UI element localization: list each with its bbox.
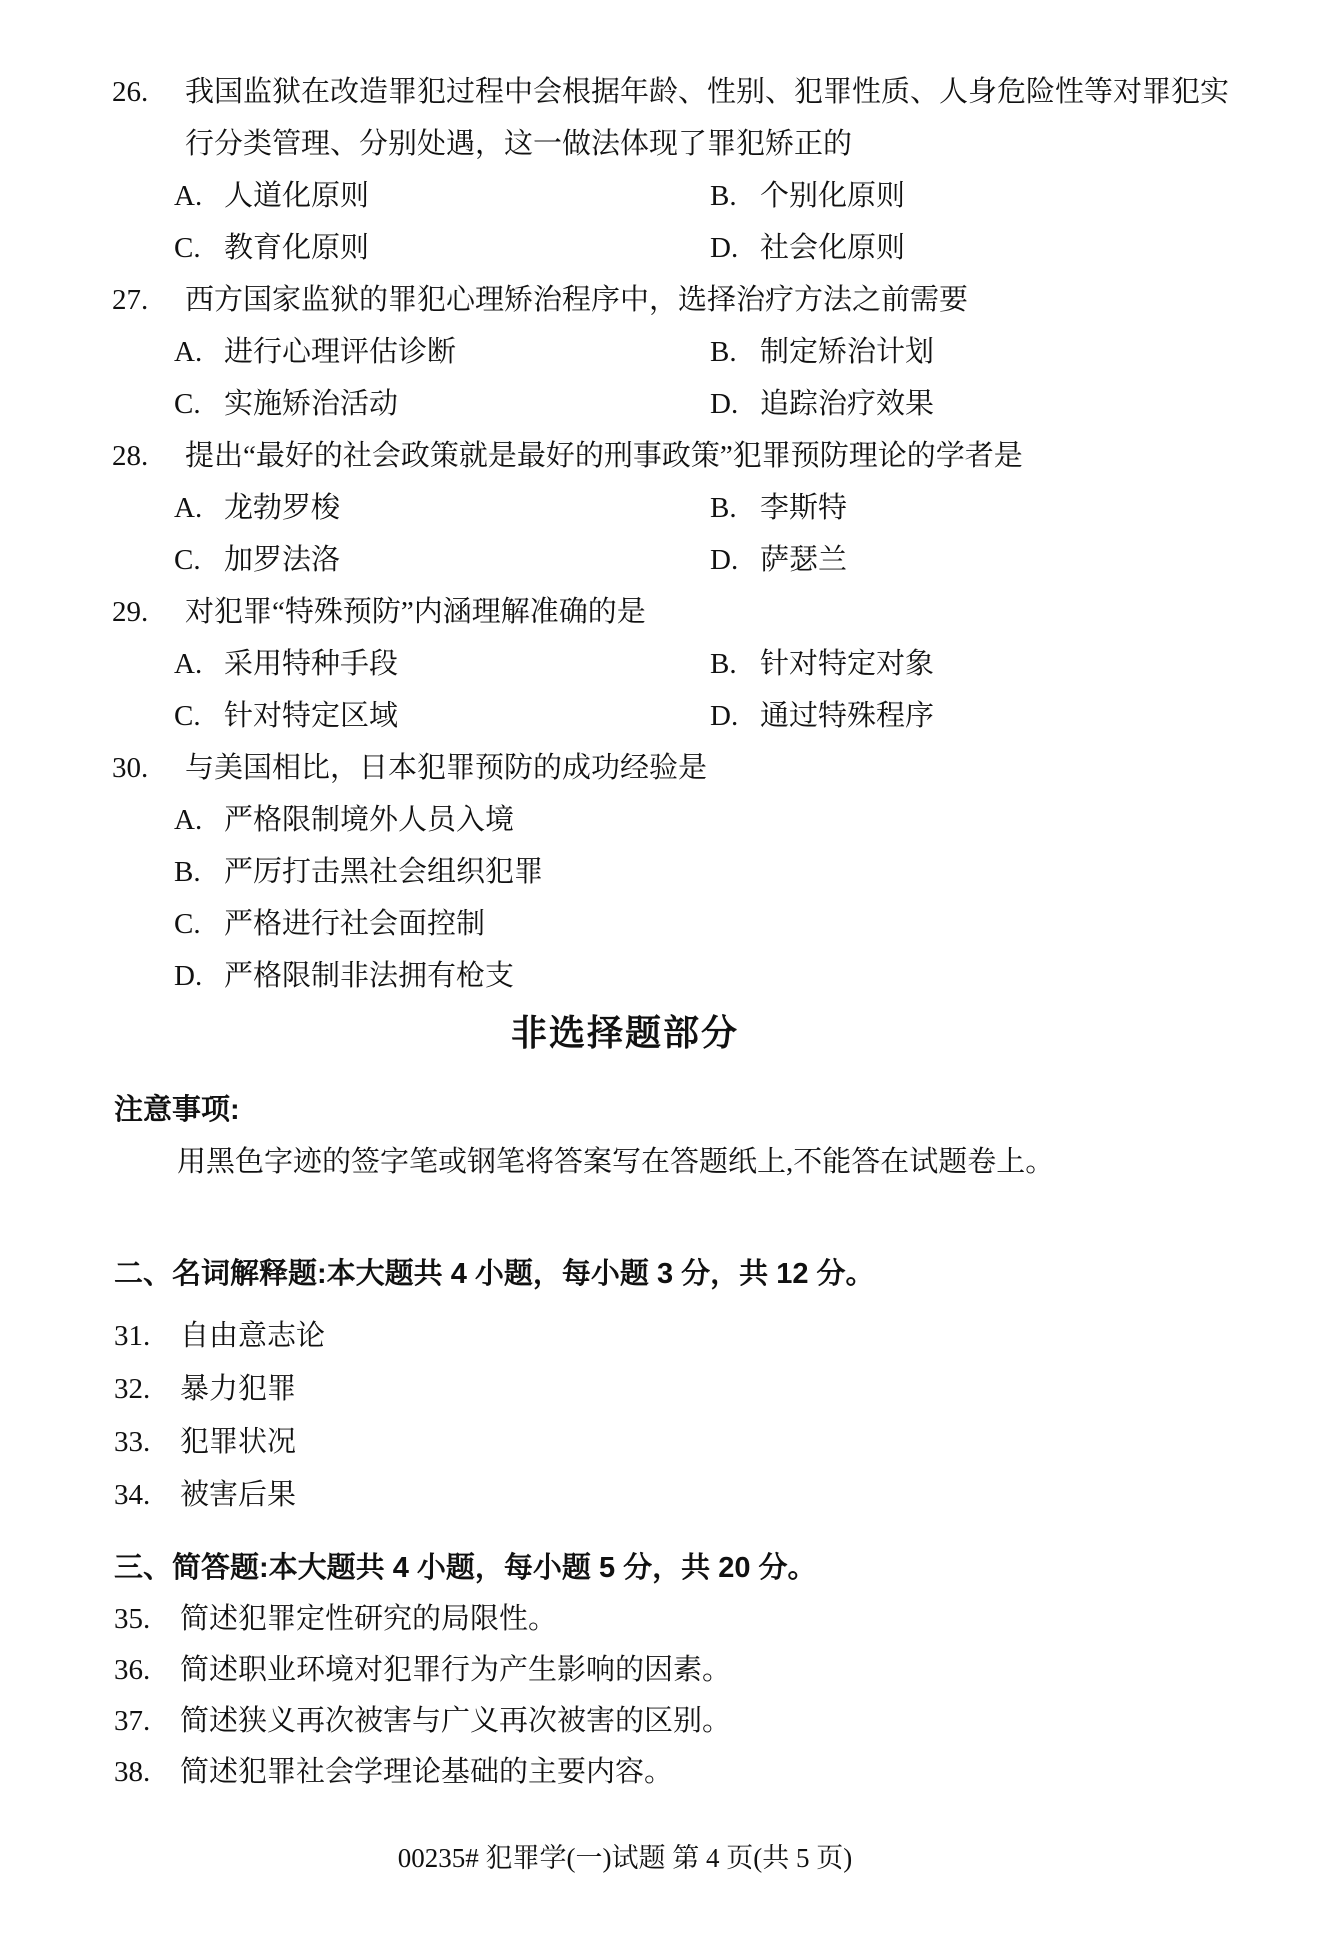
question-27-options-cd: C. 实施矫治活动 D. 追踪治疗效果 [0, 378, 1250, 430]
option-b: B. 严厉打击黑社会组织犯罪 [174, 846, 1250, 898]
question-number: 29. [112, 586, 185, 638]
option-d: D. 严格限制非法拥有枪支 [174, 950, 1250, 1002]
item-number: 38. [114, 1747, 180, 1798]
item-text: 被害后果 [180, 1469, 1250, 1522]
option-text: 个别化原则 [760, 170, 1250, 222]
item-37: 37. 简述狭义再次被害与广义再次被害的区别。 [0, 1696, 1250, 1747]
option-text: 严格限制非法拥有枪支 [224, 950, 1250, 1002]
option-text: 萨瑟兰 [760, 534, 1250, 586]
option-d: D. 社会化原则 [710, 222, 1250, 274]
item-number: 34. [114, 1469, 180, 1522]
option-text: 教育化原则 [224, 222, 710, 274]
question-30-text-row: 30. 与美国相比，日本犯罪预防的成功经验是 [0, 742, 1250, 794]
option-text: 实施矫治活动 [224, 378, 710, 430]
section-two-items: 31. 自由意志论 32. 暴力犯罪 33. 犯罪状况 34. 被害后果 [0, 1310, 1250, 1522]
question-number: 30. [112, 742, 185, 794]
option-label: B. [710, 638, 760, 690]
question-30: 30. 与美国相比，日本犯罪预防的成功经验是 A. 严格限制境外人员入境 B. … [0, 742, 1250, 1002]
option-c: C. 加罗法洛 [174, 534, 710, 586]
question-number: 26. [112, 66, 185, 118]
option-text: 严格进行社会面控制 [224, 898, 1250, 950]
page-footer: 00235# 犯罪学(一)试题 第 4 页(共 5 页) [0, 1838, 1250, 1878]
option-text: 龙勃罗梭 [224, 482, 710, 534]
option-text: 人道化原则 [224, 170, 710, 222]
question-text: 西方国家监狱的罪犯心理矫治程序中，选择治疗方法之前需要 [185, 274, 1250, 326]
option-c: C. 针对特定区域 [174, 690, 710, 742]
option-text: 针对特定对象 [760, 638, 1250, 690]
option-text: 加罗法洛 [224, 534, 710, 586]
option-label: D. [710, 378, 760, 430]
option-text: 严格限制境外人员入境 [224, 794, 1250, 846]
option-label: A. [174, 794, 224, 846]
option-label: C. [174, 222, 224, 274]
question-text: 提出“最好的社会政策就是最好的刑事政策”犯罪预防理论的学者是 [185, 430, 1250, 482]
option-a: A. 进行心理评估诊断 [174, 326, 710, 378]
question-26: 26. 我国监狱在改造罪犯过程中会根据年龄、性别、犯罪性质、人身危险性等对罪犯实… [0, 66, 1250, 274]
option-label: A. [174, 638, 224, 690]
question-29-text-row: 29. 对犯罪“特殊预防”内涵理解准确的是 [0, 586, 1250, 638]
question-30-option-b-row: B. 严厉打击黑社会组织犯罪 [0, 846, 1250, 898]
item-text: 简述犯罪定性研究的局限性。 [180, 1594, 1250, 1645]
item-text: 简述犯罪社会学理论基础的主要内容。 [180, 1747, 1250, 1798]
option-text: 严厉打击黑社会组织犯罪 [224, 846, 1250, 898]
option-d: D. 通过特殊程序 [710, 690, 1250, 742]
option-label: C. [174, 378, 224, 430]
option-label: B. [710, 482, 760, 534]
question-27-text-row: 27. 西方国家监狱的罪犯心理矫治程序中，选择治疗方法之前需要 [0, 274, 1250, 326]
question-29: 29. 对犯罪“特殊预防”内涵理解准确的是 A. 采用特种手段 B. 针对特定对… [0, 586, 1250, 742]
item-number: 35. [114, 1594, 180, 1645]
question-30-option-a-row: A. 严格限制境外人员入境 [0, 794, 1250, 846]
item-text: 简述职业环境对犯罪行为产生影响的因素。 [180, 1645, 1250, 1696]
question-28-text-row: 28. 提出“最好的社会政策就是最好的刑事政策”犯罪预防理论的学者是 [0, 430, 1250, 482]
question-27-options-ab: A. 进行心理评估诊断 B. 制定矫治计划 [0, 326, 1250, 378]
option-a: A. 采用特种手段 [174, 638, 710, 690]
section-two-heading: 二、名词解释题:本大题共 4 小题，每小题 3 分，共 12 分。 [0, 1248, 1250, 1300]
option-label: D. [174, 950, 224, 1002]
option-text: 李斯特 [760, 482, 1250, 534]
option-label: C. [174, 534, 224, 586]
option-label: A. [174, 326, 224, 378]
item-36: 36. 简述职业环境对犯罪行为产生影响的因素。 [0, 1645, 1250, 1696]
option-b: B. 针对特定对象 [710, 638, 1250, 690]
item-text: 犯罪状况 [180, 1416, 1250, 1469]
option-label: A. [174, 482, 224, 534]
option-d: D. 追踪治疗效果 [710, 378, 1250, 430]
option-label: A. [174, 170, 224, 222]
item-number: 31. [114, 1310, 180, 1363]
item-31: 31. 自由意志论 [0, 1310, 1250, 1363]
option-a: A. 严格限制境外人员入境 [174, 794, 1250, 846]
question-26-options-cd: C. 教育化原则 D. 社会化原则 [0, 222, 1250, 274]
option-d: D. 萨瑟兰 [710, 534, 1250, 586]
question-30-option-d-row: D. 严格限制非法拥有枪支 [0, 950, 1250, 1002]
option-text: 采用特种手段 [224, 638, 710, 690]
question-26-options-ab: A. 人道化原则 B. 个别化原则 [0, 170, 1250, 222]
option-label: D. [710, 222, 760, 274]
question-30-option-c-row: C. 严格进行社会面控制 [0, 898, 1250, 950]
non-mcq-section-title: 非选择题部分 [0, 1002, 1250, 1064]
question-29-options-cd: C. 针对特定区域 D. 通过特殊程序 [0, 690, 1250, 742]
question-number: 28. [112, 430, 185, 482]
question-text: 我国监狱在改造罪犯过程中会根据年龄、性别、犯罪性质、人身危险性等对罪犯实行分类管… [185, 66, 1250, 170]
option-label: B. [174, 846, 224, 898]
section-three-heading: 三、简答题:本大题共 4 小题，每小题 5 分，共 20 分。 [0, 1542, 1250, 1594]
question-27: 27. 西方国家监狱的罪犯心理矫治程序中，选择治疗方法之前需要 A. 进行心理评… [0, 274, 1250, 430]
option-text: 通过特殊程序 [760, 690, 1250, 742]
option-text: 制定矫治计划 [760, 326, 1250, 378]
option-label: C. [174, 898, 224, 950]
option-text: 进行心理评估诊断 [224, 326, 710, 378]
item-number: 32. [114, 1363, 180, 1416]
option-a: A. 人道化原则 [174, 170, 710, 222]
option-label: C. [174, 690, 224, 742]
question-28-options-cd: C. 加罗法洛 D. 萨瑟兰 [0, 534, 1250, 586]
question-text: 对犯罪“特殊预防”内涵理解准确的是 [185, 586, 1250, 638]
item-number: 36. [114, 1645, 180, 1696]
option-text: 社会化原则 [760, 222, 1250, 274]
question-number: 27. [112, 274, 185, 326]
item-38: 38. 简述犯罪社会学理论基础的主要内容。 [0, 1747, 1250, 1798]
item-34: 34. 被害后果 [0, 1469, 1250, 1522]
question-28-options-ab: A. 龙勃罗梭 B. 李斯特 [0, 482, 1250, 534]
option-c: C. 实施矫治活动 [174, 378, 710, 430]
option-b: B. 个别化原则 [710, 170, 1250, 222]
question-26-text-row: 26. 我国监狱在改造罪犯过程中会根据年龄、性别、犯罪性质、人身危险性等对罪犯实… [0, 66, 1250, 170]
exam-paper-page: 26. 我国监狱在改造罪犯过程中会根据年龄、性别、犯罪性质、人身危险性等对罪犯实… [0, 0, 1340, 1933]
item-text: 简述狭义再次被害与广义再次被害的区别。 [180, 1696, 1250, 1747]
question-29-options-ab: A. 采用特种手段 B. 针对特定对象 [0, 638, 1250, 690]
option-c: C. 严格进行社会面控制 [174, 898, 1250, 950]
section-three-items: 35. 简述犯罪定性研究的局限性。 36. 简述职业环境对犯罪行为产生影响的因素… [0, 1594, 1250, 1798]
item-text: 自由意志论 [180, 1310, 1250, 1363]
option-label: D. [710, 690, 760, 742]
option-label: D. [710, 534, 760, 586]
question-28: 28. 提出“最好的社会政策就是最好的刑事政策”犯罪预防理论的学者是 A. 龙勃… [0, 430, 1250, 586]
option-c: C. 教育化原则 [174, 222, 710, 274]
option-b: B. 李斯特 [710, 482, 1250, 534]
notice-heading: 注意事项: [0, 1084, 1250, 1136]
option-label: B. [710, 170, 760, 222]
item-number: 33. [114, 1416, 180, 1469]
option-b: B. 制定矫治计划 [710, 326, 1250, 378]
option-a: A. 龙勃罗梭 [174, 482, 710, 534]
option-text: 针对特定区域 [224, 690, 710, 742]
item-33: 33. 犯罪状况 [0, 1416, 1250, 1469]
item-text: 暴力犯罪 [180, 1363, 1250, 1416]
item-32: 32. 暴力犯罪 [0, 1363, 1250, 1416]
item-35: 35. 简述犯罪定性研究的局限性。 [0, 1594, 1250, 1645]
option-label: B. [710, 326, 760, 378]
option-text: 追踪治疗效果 [760, 378, 1250, 430]
notice-text: 用黑色字迹的签字笔或钢笔将答案写在答题纸上,不能答在试题卷上。 [0, 1136, 1250, 1188]
item-number: 37. [114, 1696, 180, 1747]
question-text: 与美国相比，日本犯罪预防的成功经验是 [185, 742, 1250, 794]
